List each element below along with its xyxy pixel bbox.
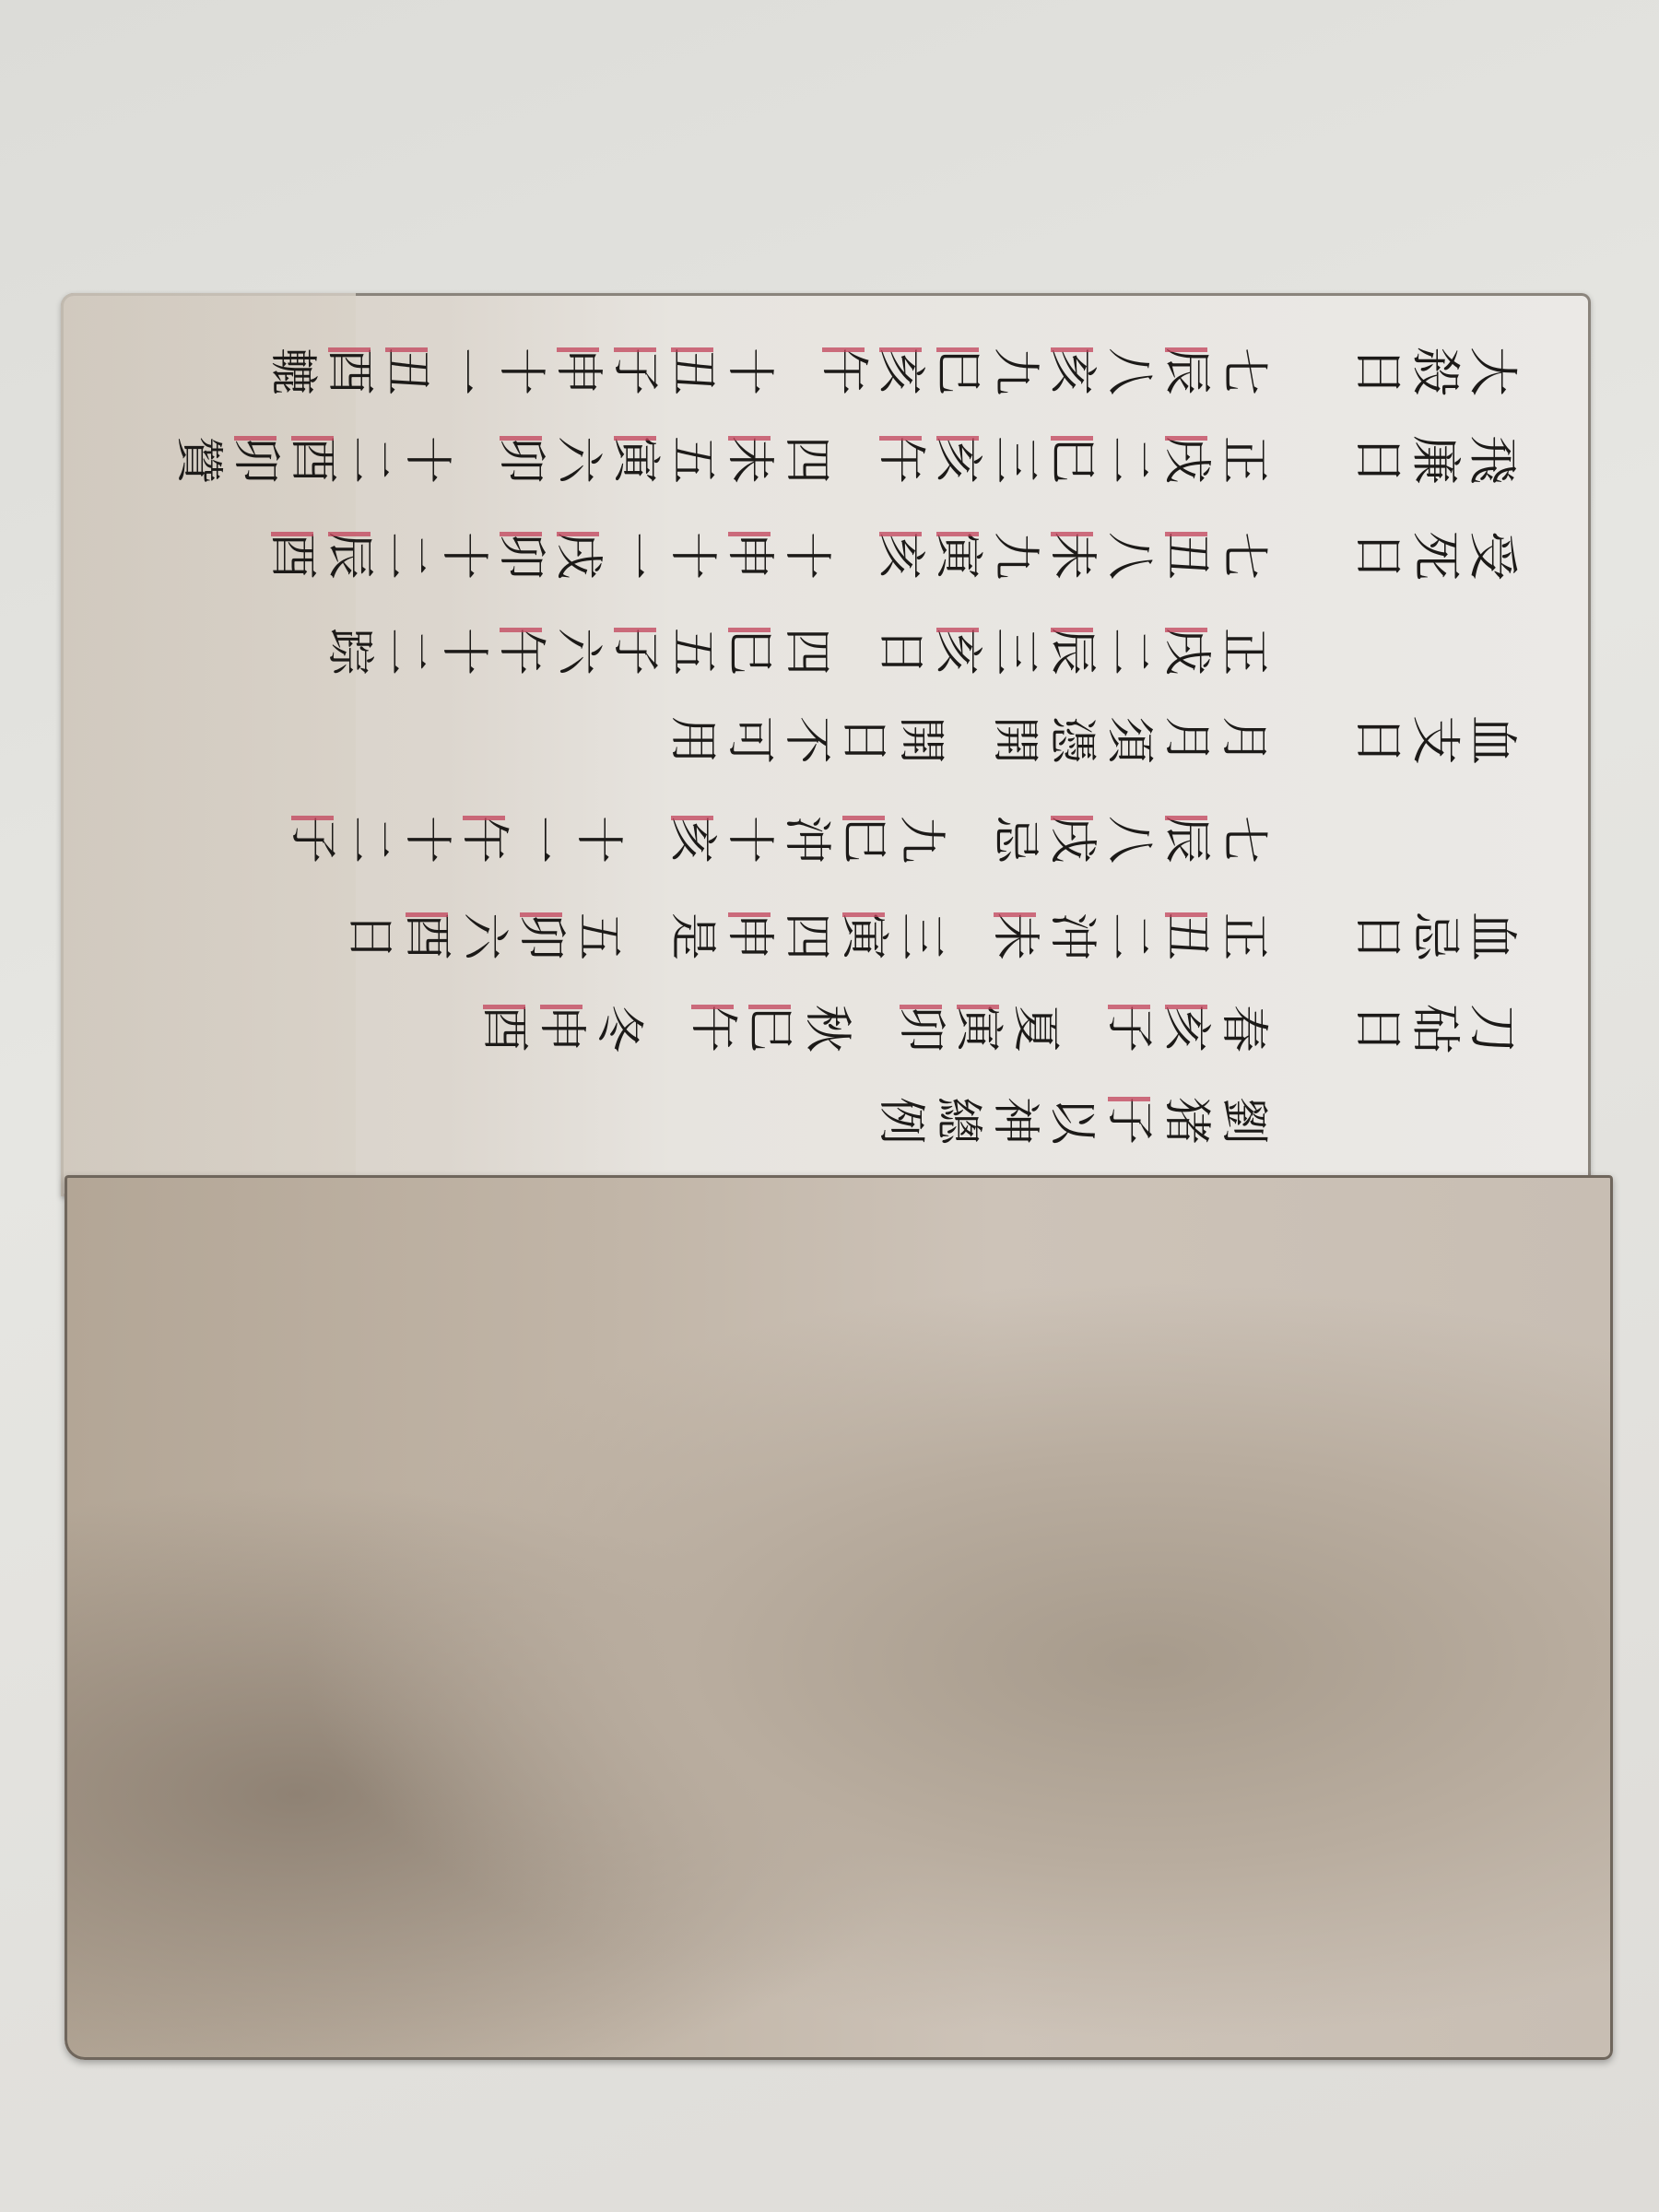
glyph: 日 (1349, 527, 1406, 584)
glyph: 酉 (321, 343, 378, 400)
glyph: 二 (341, 811, 398, 868)
row-segment: 春亥子 (1100, 1000, 1272, 1057)
glyph: 正 (1215, 431, 1272, 488)
glyph: 月 (1215, 712, 1272, 769)
glyph: 未 (1043, 527, 1100, 584)
glyph: 九 (986, 343, 1043, 400)
glyph: 秋 (798, 1000, 855, 1057)
text-row: 飛廉日正戌二巳三亥午四未五寅六卯十二酉卯贊 (133, 431, 1521, 488)
glyph: 死 (1406, 527, 1464, 584)
text-row: 正戌二辰三亥日四巳五子六午十二踪 (284, 623, 1521, 680)
glyph: 神 (986, 1092, 1043, 1149)
glyph: 大 (1464, 343, 1521, 400)
glyph: 日 (1349, 712, 1406, 769)
row-segment: 十二酉卯贊 (170, 431, 455, 488)
row-segment: 四未五寅六卯 (492, 431, 835, 488)
row-segment: 十申十一戌卯十二辰酉 (264, 527, 835, 584)
glyph: 日 (872, 623, 929, 680)
glyph: 三 (892, 908, 949, 965)
glyph: 二 (1100, 431, 1158, 488)
row-header: 受死日 (1309, 527, 1521, 584)
row-header: 飛廉日 (1309, 431, 1521, 488)
glyph: 亥 (872, 343, 929, 400)
glyph: 酉 (398, 908, 455, 965)
glyph: 亥 (929, 431, 986, 488)
text-row: 劉猪子以神總例 (835, 1092, 1521, 1149)
row-segment: 七辰八戌忌 (986, 811, 1272, 868)
glyph: 以 (1043, 1092, 1100, 1149)
glyph: 一 (435, 343, 492, 400)
glyph: 亥 (929, 623, 986, 680)
glyph: 子 (1100, 1092, 1158, 1149)
glyph: 日 (1349, 431, 1406, 488)
glyph: 四 (778, 431, 835, 488)
glyph: 戌 (549, 527, 606, 584)
glyph: 三 (986, 623, 1043, 680)
glyph: 午 (872, 431, 929, 488)
blank-margin (61, 293, 356, 1196)
glyph: 亥 (1043, 343, 1100, 400)
glyph: 卯 (227, 431, 284, 488)
glyph: 飛 (1464, 431, 1521, 488)
glyph: 八 (1100, 527, 1158, 584)
row-segment: 九巳沖十亥 (664, 811, 949, 868)
glyph: 丑 (664, 343, 721, 400)
glyph: 沖 (1043, 908, 1100, 965)
glyph: 寅 (835, 908, 892, 965)
glyph: 辰 (1158, 343, 1215, 400)
glyph: 十 (664, 527, 721, 584)
row-segment: 夏寅卯 (892, 1000, 1064, 1057)
row-segment: 開日不可用 (664, 712, 949, 769)
glyph: 日 (835, 712, 892, 769)
glyph: 砧 (1406, 1000, 1464, 1057)
text-row: 血支日月月須憑開開日不可用 (627, 712, 1521, 769)
glyph: 子 (606, 343, 664, 400)
glyph: 八 (1100, 343, 1158, 400)
glyph: 十 (570, 811, 627, 868)
glyph: 開 (986, 712, 1043, 769)
glyph: 二 (1100, 623, 1158, 680)
glyph: 寅 (606, 431, 664, 488)
glyph: 八 (1100, 811, 1158, 868)
glyph: 巳 (1043, 431, 1100, 488)
glyph: 酉 (284, 431, 341, 488)
glyph: 午 (455, 811, 512, 868)
book-cover (65, 1175, 1613, 2060)
glyph: 六 (455, 908, 512, 965)
glyph: 血 (1464, 908, 1521, 965)
glyph: 五 (570, 908, 627, 965)
glyph: 開 (892, 712, 949, 769)
glyph: 春 (1215, 1000, 1272, 1057)
glyph: 刀 (1464, 1000, 1521, 1057)
glyph: 丑 (378, 343, 435, 400)
glyph: 巳 (741, 1000, 798, 1057)
glyph: 猪 (1158, 1092, 1215, 1149)
glyph: 日 (1349, 343, 1406, 400)
glyph: 七 (1215, 343, 1272, 400)
glyph: 支 (1406, 712, 1464, 769)
glyph: 未 (986, 908, 1043, 965)
glyph: 辰 (1043, 623, 1100, 680)
text-row: 血忌日正丑二沖未三寅四申是五卯六酉日 (304, 908, 1521, 965)
text-row: 大殺日七辰八亥九巳亥午十丑子申十一丑酉轆 (227, 343, 1521, 400)
row-segment: 十一午十二子 (284, 811, 627, 868)
glyph: 辰 (1158, 811, 1215, 868)
row-segment: 正戌二巳三亥午 (872, 431, 1272, 488)
glyph: 十 (398, 431, 455, 488)
glyph: 踪 (321, 623, 378, 680)
glyph: 卯 (892, 1000, 949, 1057)
glyph: 申 (721, 527, 778, 584)
row-segment: 七丑八未九寅亥 (872, 527, 1272, 584)
row-header: 血支日 (1309, 712, 1521, 769)
glyph: 七 (1215, 527, 1272, 584)
glyph: 申 (533, 1000, 590, 1057)
glyph: 四 (778, 623, 835, 680)
glyph: 二 (341, 431, 398, 488)
glyph: 日 (1349, 1000, 1406, 1057)
glyph: 總 (929, 1092, 986, 1149)
glyph: 日 (1349, 908, 1406, 965)
glyph: 子 (606, 623, 664, 680)
glyph: 戌 (1158, 431, 1215, 488)
glyph: 六 (549, 623, 606, 680)
glyph: 十 (778, 527, 835, 584)
glyph: 忌 (986, 811, 1043, 868)
glyph: 卯 (492, 527, 549, 584)
glyph: 酉 (476, 1000, 533, 1057)
glyph: 巳 (721, 623, 778, 680)
glyph: 寅 (929, 527, 986, 584)
glyph: 亥 (664, 811, 721, 868)
glyph: 是 (664, 908, 721, 965)
glyph: 三 (986, 431, 1043, 488)
glyph: 子 (284, 811, 341, 868)
glyph: 不 (778, 712, 835, 769)
glyph: 亥 (1158, 1000, 1215, 1057)
glyph: 殺 (1406, 343, 1464, 400)
glyph: 亥 (872, 527, 929, 584)
row-header: 大殺日 (1309, 343, 1521, 400)
glyph: 正 (1215, 908, 1272, 965)
glyph: 卯 (492, 431, 549, 488)
glyph: 血 (1464, 712, 1521, 769)
glyph: 申 (549, 343, 606, 400)
row-segment: 四巳五子六午十二踪 (321, 623, 835, 680)
row-header: 刀砧日 (1309, 1000, 1521, 1057)
glyph: 廉 (1406, 431, 1464, 488)
glyph: 月 (1158, 712, 1215, 769)
glyph: 二 (378, 527, 435, 584)
glyph: 十 (492, 343, 549, 400)
glyph: 憑 (1043, 712, 1100, 769)
glyph: 戌 (1043, 811, 1100, 868)
glyph: 午 (492, 623, 549, 680)
row-segment: 三寅四申是 (664, 908, 949, 965)
glyph: 用 (664, 712, 721, 769)
glyph: 巳 (835, 811, 892, 868)
glyph: 贊 (170, 431, 227, 488)
glyph: 丑 (1158, 527, 1215, 584)
glyph: 十 (721, 811, 778, 868)
glyph: 午 (815, 343, 872, 400)
row-segment: 秋巳午 (684, 1000, 855, 1057)
glyph: 午 (684, 1000, 741, 1057)
glyph: 酉 (264, 527, 321, 584)
glyph: 卯 (512, 908, 570, 965)
glyph: 十 (721, 343, 778, 400)
row-header: 血忌日 (1309, 908, 1521, 965)
glyph: 九 (892, 811, 949, 868)
glyph: 冬 (590, 1000, 647, 1057)
glyph: 正 (1215, 623, 1272, 680)
glyph: 十 (435, 527, 492, 584)
glyph: 十 (435, 623, 492, 680)
glyph: 二 (378, 623, 435, 680)
glyph: 夏 (1006, 1000, 1064, 1057)
glyph: 五 (664, 623, 721, 680)
glyph: 戌 (1158, 623, 1215, 680)
glyph: 一 (606, 527, 664, 584)
text-row: 刀砧日春亥子夏寅卯秋巳午冬申酉 (439, 1000, 1521, 1057)
row-segment: 五卯六酉日 (341, 908, 627, 965)
glyph: 可 (721, 712, 778, 769)
glyph: 九 (986, 527, 1043, 584)
row-segment: 十丑子申十一丑酉轆 (264, 343, 778, 400)
glyph: 申 (721, 908, 778, 965)
glyph: 忌 (1406, 908, 1464, 965)
glyph: 七 (1215, 811, 1272, 868)
glyph: 二 (1100, 908, 1158, 965)
glyph: 巳 (929, 343, 986, 400)
glyph: 未 (721, 431, 778, 488)
glyph: 辰 (321, 527, 378, 584)
glyph: 寅 (949, 1000, 1006, 1057)
row-segment: 劉猪子以神總例 (872, 1092, 1272, 1149)
row-segment: 七辰八亥九巳亥午 (815, 343, 1272, 400)
text-row: 七辰八戌忌九巳沖十亥十一午十二子 (247, 811, 1521, 868)
glyph: 例 (872, 1092, 929, 1149)
glyph: 六 (549, 431, 606, 488)
glyph: 一 (512, 811, 570, 868)
glyph: 五 (664, 431, 721, 488)
row-segment: 正丑二沖未 (986, 908, 1272, 965)
glyph: 子 (1100, 1000, 1158, 1057)
text-row: 受死日七丑八未九寅亥十申十一戌卯十二辰酉 (227, 527, 1521, 584)
row-segment: 月月須憑開 (986, 712, 1272, 769)
glyph: 十 (398, 811, 455, 868)
glyph: 四 (778, 908, 835, 965)
glyph: 沖 (778, 811, 835, 868)
row-segment: 冬申酉 (476, 1000, 647, 1057)
glyph: 日 (341, 908, 398, 965)
glyph: 受 (1464, 527, 1521, 584)
row-segment: 正戌二辰三亥日 (872, 623, 1272, 680)
glyph: 丑 (1158, 908, 1215, 965)
glyph: 劉 (1215, 1092, 1272, 1149)
glyph: 須 (1100, 712, 1158, 769)
glyph: 轆 (264, 343, 321, 400)
